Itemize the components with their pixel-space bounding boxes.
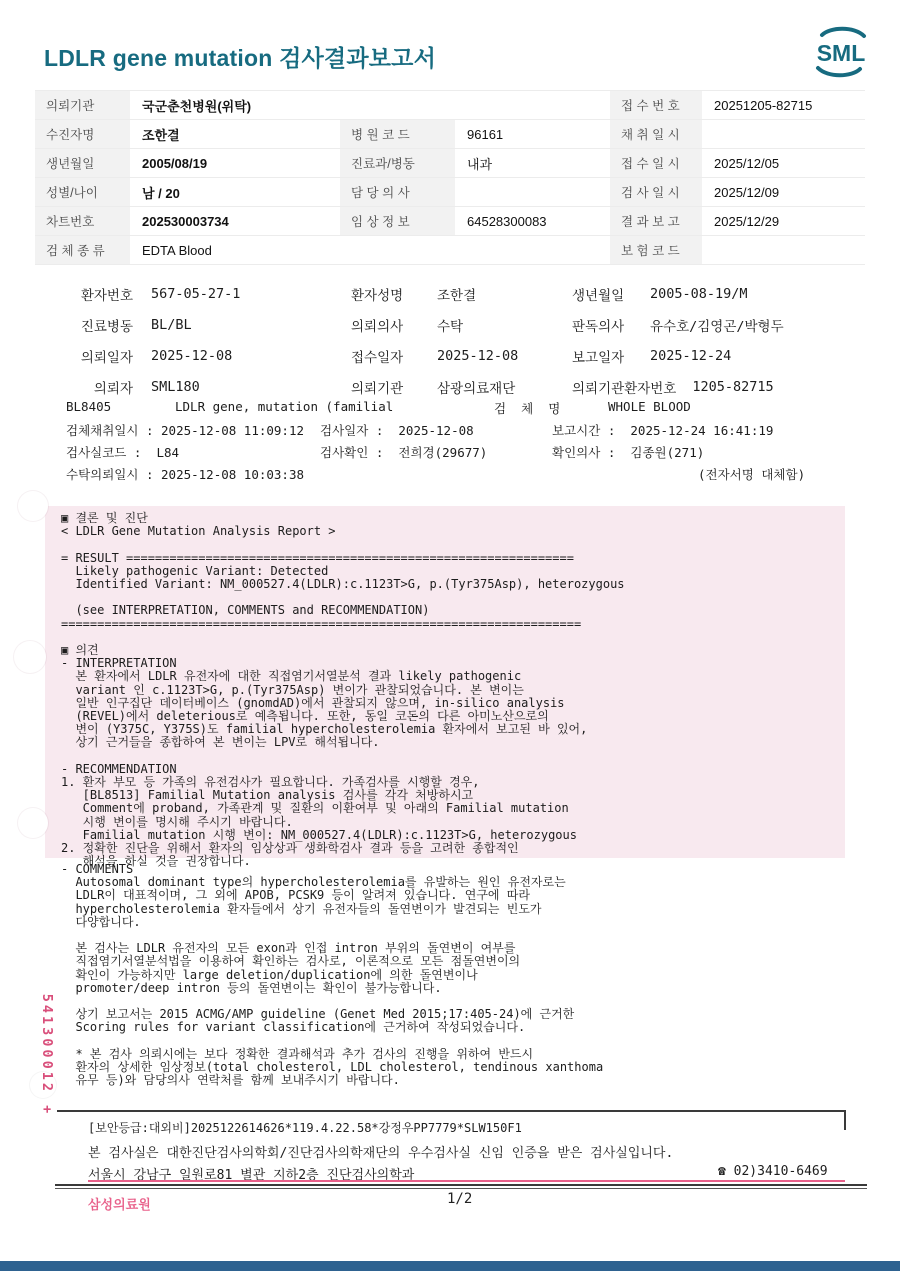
field-label: 보고일자 (572, 346, 634, 366)
field-label: 환자번호 (55, 284, 133, 304)
logo-arc-bottom-icon (818, 68, 860, 75)
lab-code: 검사실코드 : L84 (66, 443, 179, 461)
esign-note: (전자서명 대체함) (698, 465, 805, 483)
lab-phone: ☎ 02)3410-6469 (718, 1164, 828, 1179)
header-table: 의뢰기관 국군춘천병원(위탁) 접 수 번 호 20251205-82715 수… (35, 90, 865, 265)
comments-block: - COMMENTS Autosomal dominant type의 hype… (61, 863, 603, 1087)
field-label: 판독의사 (572, 315, 634, 335)
patient-info-row: 진료병동 BL/BL 의뢰의사 수탁 판독의사 유수호/김영곤/박형두 (55, 309, 875, 340)
table-value: 국군춘천병원(위탁) (130, 96, 610, 115)
field-label: 진료병동 (55, 315, 133, 335)
field-value: SML180 (151, 379, 351, 395)
specimen-label: 검 체 명 (494, 399, 560, 417)
test-info-row: 수탁의뢰일시 : 2025-12-08 10:03:38 (전자서명 대체함) (0, 465, 900, 487)
table-value: 64528300083 (455, 214, 610, 229)
table-label: 수진자명 (35, 120, 130, 148)
punch-hole (18, 808, 48, 838)
field-label: 의뢰기관 (351, 377, 423, 397)
table-row: 검 체 종 류 EDTA Blood 보 험 코 드 (35, 236, 865, 265)
result-and-interpretation-text: ▣ 결론 및 진단 < LDLR Gene Mutation Analysis … (45, 506, 845, 868)
table-label: 차트번호 (35, 207, 130, 235)
referral-datetime: 수탁의뢰일시 : 2025-12-08 10:03:38 (66, 465, 304, 483)
table-label: 성별/나이 (35, 178, 130, 206)
table-value: 2005/08/19 (130, 156, 340, 171)
table-value: 조한결 (130, 125, 340, 144)
table-row: 수진자명 조한결 병 원 코 드 96161 채 취 일 시 (35, 120, 865, 149)
hospital-name: 삼성의료원 (88, 1194, 151, 1213)
patient-info-section: 환자번호 567-05-27-1 환자성명 조한결 생년월일 2005-08-1… (55, 278, 875, 402)
table-label: 진료과/병동 (340, 149, 455, 177)
table-label: 검 사 일 시 (610, 178, 702, 206)
field-label: 환자성명 (351, 284, 423, 304)
field-value: BL/BL (151, 317, 351, 333)
patient-info-row: 환자번호 567-05-27-1 환자성명 조한결 생년월일 2005-08-1… (55, 278, 875, 309)
punch-hole (18, 491, 48, 521)
specimen-serial-vertical: 541300012 + (39, 994, 55, 1116)
table-row: 성별/나이 남 / 20 담 당 의 사 검 사 일 시 2025/12/09 (35, 178, 865, 207)
page-title: LDLR gene mutation 검사결과보고서 (44, 40, 436, 73)
logo-text: SML (817, 40, 866, 66)
table-label: 채 취 일 시 (610, 120, 702, 148)
report-time: 보고시간 : 2025-12-24 16:41:19 (552, 421, 773, 439)
test-info-row: 검사실코드 : L84 검사확인 : 전희경(29677) 확인의사 : 김종원… (0, 443, 900, 465)
table-row: 차트번호 202530003734 임 상 정 보 64528300083 결 … (35, 207, 865, 236)
test-code: BL8405 (66, 399, 111, 414)
patient-info-row: 의뢰자 SML180 의뢰기관 삼광의료재단 의뢰기관환자번호 1205-827… (55, 371, 875, 402)
table-value: EDTA Blood (130, 243, 610, 258)
field-label: 의뢰기관환자번호 (572, 377, 676, 397)
table-value: 2025/12/05 (702, 156, 865, 171)
field-value: 유수호/김영곤/박형두 (650, 315, 784, 335)
table-value: 남 / 20 (130, 183, 340, 202)
field-label: 생년월일 (572, 284, 634, 304)
security-classification: [보안등급:대외비]2025122614626*119.4.22.58*강정우P… (88, 1119, 522, 1136)
punch-hole (14, 641, 46, 673)
footer-dark-rule (55, 1184, 867, 1186)
footer-pink-rule (88, 1180, 845, 1182)
specimen-value: WHOLE BLOOD (608, 399, 691, 414)
lab-report-page: LDLR gene mutation 검사결과보고서 SML 의뢰기관 국군춘천… (0, 0, 900, 1271)
footer-dark-rule-thin (55, 1188, 867, 1189)
table-label: 의뢰기관 (35, 91, 130, 119)
test-date: 검사일자 : 2025-12-08 (320, 421, 474, 439)
certification-statement: 본 검사실은 대한진단검사의학회/진단검사의학재단의 우수검사실 신임 인증을 … (88, 1142, 673, 1161)
table-label: 생년월일 (35, 149, 130, 177)
test-verifier: 검사확인 : 전희경(29677) (320, 443, 487, 461)
table-label: 보 험 코 드 (610, 236, 702, 264)
patient-info-row: 의뢰일자 2025-12-08 접수일자 2025-12-08 보고일자 202… (55, 340, 875, 371)
table-value: 2025/12/09 (702, 185, 865, 200)
table-label: 접 수 번 호 (610, 91, 702, 119)
table-label: 검 체 종 류 (35, 236, 130, 264)
page-number: 1/2 (447, 1191, 472, 1207)
field-value: 1205-82715 (692, 379, 773, 395)
table-label: 병 원 코 드 (340, 120, 455, 148)
test-name: LDLR gene, mutation (familial (175, 399, 393, 414)
table-value: 내과 (455, 154, 610, 173)
field-label: 접수일자 (351, 346, 423, 366)
field-label: 의뢰의사 (351, 315, 423, 335)
table-value: 96161 (455, 127, 610, 142)
footer-corner-tick (844, 1110, 846, 1130)
logo-arc-top-icon (822, 29, 864, 36)
confirming-doctor: 확인의사 : 김종원(271) (552, 443, 704, 461)
footer-top-rule (57, 1110, 846, 1112)
comments-text: - COMMENTS Autosomal dominant type의 hype… (61, 863, 603, 1087)
collection-datetime: 검체채취일시 : 2025-12-08 11:09:12 (66, 421, 304, 439)
sml-logo-graphic: SML (808, 24, 874, 80)
field-label: 의뢰자 (55, 377, 133, 397)
field-value: 2025-12-08 (437, 348, 572, 364)
test-info-row: 검체채취일시 : 2025-12-08 11:09:12 검사일자 : 2025… (0, 421, 900, 443)
result-highlight-block: ▣ 결론 및 진단 < LDLR Gene Mutation Analysis … (45, 506, 845, 858)
field-value: 조한결 (437, 284, 572, 304)
bottom-blue-bar (0, 1261, 900, 1271)
table-value: 2025/12/29 (702, 214, 865, 229)
table-label: 임 상 정 보 (340, 207, 455, 235)
table-row: 의뢰기관 국군춘천병원(위탁) 접 수 번 호 20251205-82715 (35, 91, 865, 120)
field-label: 의뢰일자 (55, 346, 133, 366)
field-value: 2025-12-24 (650, 348, 731, 364)
table-value: 202530003734 (130, 214, 340, 229)
field-value: 삼광의료재단 (437, 377, 572, 397)
table-label: 담 당 의 사 (340, 178, 455, 206)
table-value: 20251205-82715 (702, 98, 865, 113)
table-row: 생년월일 2005/08/19 진료과/병동 내과 접 수 일 시 2025/1… (35, 149, 865, 178)
test-info-section: BL8405 LDLR gene, mutation (familial 검 체… (0, 399, 900, 487)
table-label: 결 과 보 고 (610, 207, 702, 235)
field-value: 567-05-27-1 (151, 286, 351, 302)
field-value: 수탁 (437, 315, 572, 335)
field-value: 2025-12-08 (151, 348, 351, 364)
sml-logo: SML (808, 24, 874, 80)
table-label: 접 수 일 시 (610, 149, 702, 177)
field-value: 2005-08-19/M (650, 286, 748, 302)
test-info-row: BL8405 LDLR gene, mutation (familial 검 체… (0, 399, 900, 421)
